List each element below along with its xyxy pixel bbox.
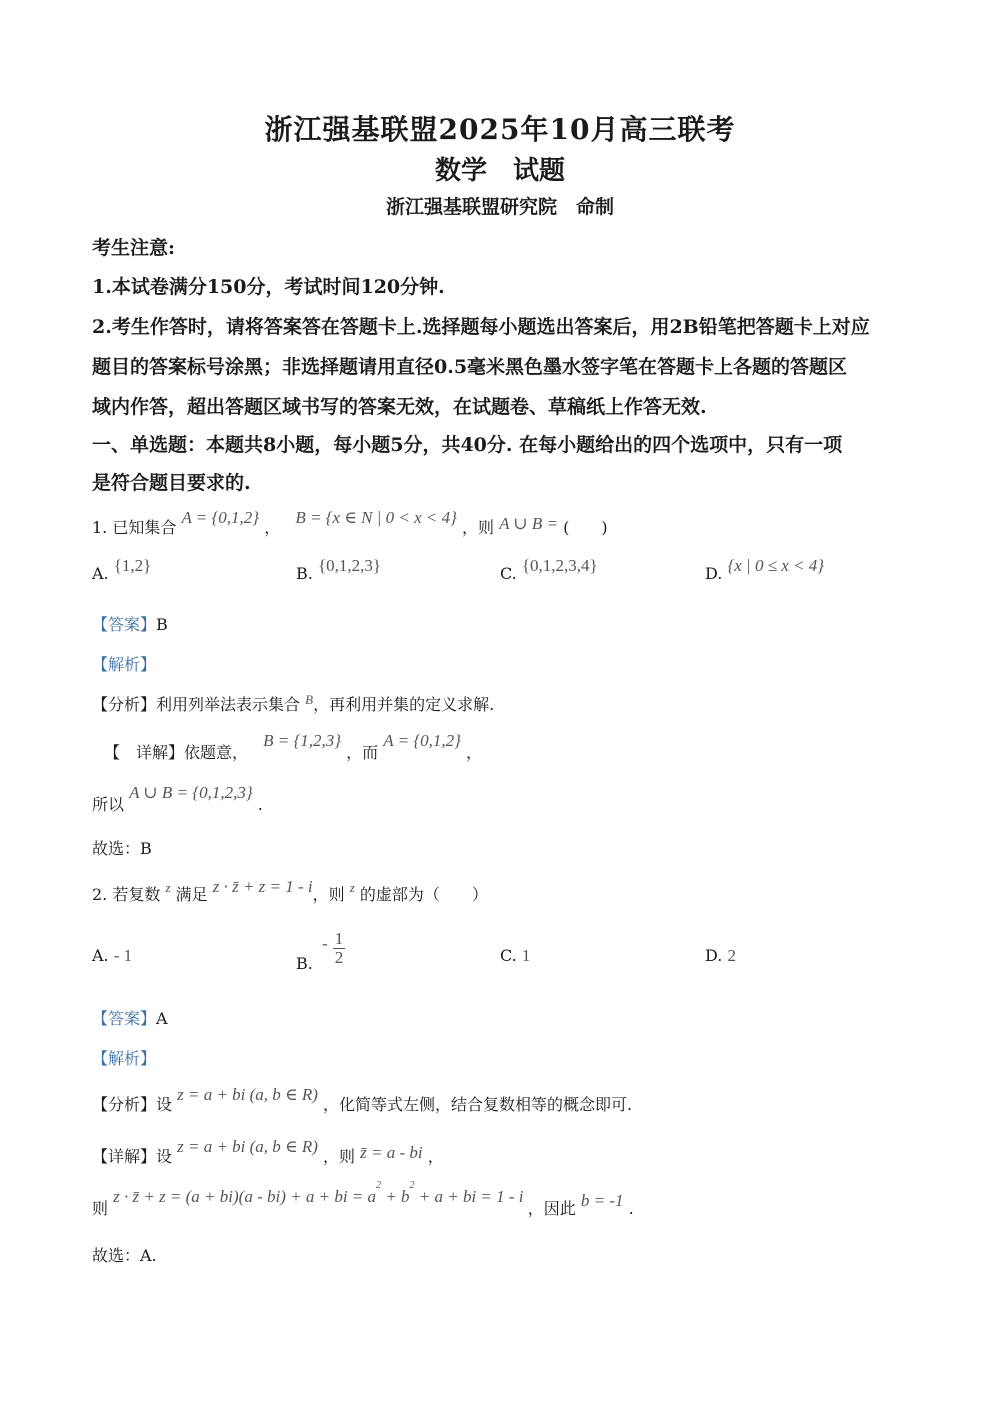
q2-option-b[interactable]: B. - 1 2: [296, 922, 345, 959]
q1-paren: ( ): [563, 518, 608, 537]
q1-answer: 【答案】B: [92, 612, 168, 635]
q2-derivation: 则 z · z̄ + z = (a + bi)(a - bi) + a + bi…: [92, 1196, 634, 1219]
q1-choose: 故选：B: [92, 836, 152, 859]
question-1-stem: 1. 已知集合 A = {0,1,2} ， B = {x ∈ N | 0 < x…: [92, 515, 608, 538]
q1-set-b: B = {x ∈ N | 0 < x < 4}: [295, 508, 457, 527]
answer-tag: 【答案】: [92, 615, 156, 634]
q1-prefix: 1. 已知集合: [92, 518, 176, 537]
q2-fenxi: 【分析】设 z = a + bi (a, b ∈ R) ，化简等式左侧，结合复数…: [92, 1092, 632, 1115]
q1-expr: A ∪ B =: [499, 514, 558, 533]
q2-option-d[interactable]: D. 2: [705, 946, 736, 966]
q1-option-d[interactable]: D. {x | 0 ≤ x < 4}: [705, 564, 824, 584]
notice-item-2-line-2: 题目的答案标号涂黑；非选择题请用直径0.5毫米黑色墨水签字笔在答题卡上各题的答题…: [92, 352, 847, 379]
q2-option-c[interactable]: C. 1: [500, 946, 530, 966]
q1-analysis-tag: 【解析】: [92, 652, 156, 675]
question-2-stem: 2. 若复数 z 满足 z · z̄ + z = 1 - i，则 z 的虚部为（…: [92, 882, 488, 905]
q1-fenxi: 【分析】利用列举法表示集合 B，再利用并集的定义求解.: [92, 692, 494, 715]
notice-item-2-line-3: 域内作答，超出答题区域书写的答案无效，在试题卷、草稿纸上作答无效.: [92, 392, 707, 419]
q1-option-a[interactable]: A. {1,2}: [92, 564, 151, 584]
exam-title: 浙江强基联盟2025年10月高三联考: [0, 108, 1000, 148]
q1-detail: 【 详解】依题意， B = {1,2,3} ，而 A = {0,1,2} ，: [104, 740, 482, 763]
q1-then: ，则: [462, 518, 494, 537]
q1-set-a: A = {0,1,2}: [181, 508, 259, 527]
exam-issuer: 浙江强基联盟研究院 命制: [0, 192, 1000, 219]
q1-so: 所以 A ∪ B = {0,1,2,3} .: [92, 792, 263, 815]
q2-analysis-tag: 【解析】: [92, 1046, 156, 1069]
notice-item-1: 1.本试卷满分150分，考试时间120分钟.: [92, 272, 445, 299]
answer-tag: 【答案】: [92, 1009, 156, 1028]
q2-detail: 【详解】设 z = a + bi (a, b ∈ R) ，则 z̄ = a - …: [92, 1144, 444, 1167]
q1-option-b[interactable]: B. {0,1,2,3}: [296, 564, 381, 584]
exam-subject: 数学 试题: [0, 150, 1000, 187]
q2-option-a[interactable]: A. - 1: [92, 946, 132, 966]
q1-comma: ，: [264, 518, 280, 537]
section-1-instructions: 一、单选题：本题共8小题，每小题5分，共40分. 在每小题给出的四个选项中，只有…: [92, 430, 842, 457]
section-1-instructions-2: 是符合题目要求的.: [92, 468, 251, 495]
notice-heading: 考生注意:: [92, 233, 175, 260]
notice-item-2-line-1: 2.考生作答时，请将答案答在答题卡上.选择题每小题选出答案后，用2B铅笔把答题卡…: [92, 312, 870, 339]
q1-option-c[interactable]: C. {0,1,2,3,4}: [500, 564, 598, 584]
q2-answer: 【答案】A: [92, 1006, 168, 1029]
q2-choose: 故选：A.: [92, 1243, 157, 1266]
